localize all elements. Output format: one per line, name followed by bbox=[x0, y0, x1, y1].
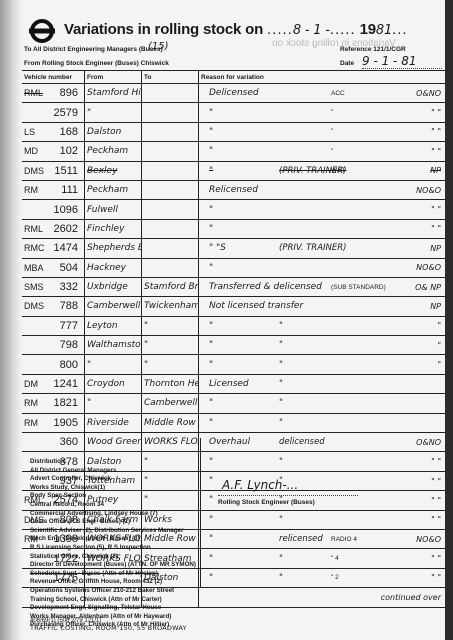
reason-note: " bbox=[331, 148, 393, 155]
reason-note: " 4 bbox=[331, 555, 393, 562]
scan-edge-shadow bbox=[0, 0, 22, 640]
to-garage: Camberwell bbox=[142, 394, 199, 413]
status-code: " " bbox=[393, 573, 443, 582]
reason-text: Delicensed bbox=[201, 88, 279, 98]
table-row: 777Leyton"""" bbox=[22, 316, 445, 335]
table-row: RML2602Finchley"" " bbox=[22, 219, 445, 238]
reason-detail: (PRIV. TRAINER) bbox=[279, 166, 331, 176]
reason-text: " bbox=[201, 127, 279, 137]
reason-text: " bbox=[201, 166, 279, 176]
reason-text: " bbox=[201, 340, 279, 350]
from-line: From Rolling Stock Engineer (Buses) Chis… bbox=[24, 60, 169, 67]
vehicle-type: RML bbox=[24, 224, 50, 234]
to-garage bbox=[142, 103, 199, 122]
from-garage: " bbox=[85, 103, 142, 122]
reason-note: " 2 bbox=[331, 574, 393, 581]
reason-cell: """ 4" " bbox=[199, 549, 446, 568]
reason-cell: Licensed" bbox=[199, 374, 446, 393]
status-code: " " bbox=[393, 147, 443, 156]
vehicle-number-cell: MBA504 bbox=[22, 258, 85, 277]
from-garage: Dalston bbox=[85, 122, 142, 141]
distribution-item: Works Study, Chiswick(1) bbox=[30, 484, 196, 493]
vehicle-number-cell: RML2602 bbox=[22, 219, 85, 238]
fleet-number: 1474 bbox=[50, 242, 78, 254]
table-row: 798Walthamstow"""" bbox=[22, 336, 445, 355]
to-garage bbox=[142, 180, 199, 199]
status-code: NO&O bbox=[393, 186, 443, 195]
reason-text: " bbox=[201, 418, 279, 428]
to-garage: " bbox=[142, 336, 199, 355]
distribution-item: Statistical Office, Chiswick (2) bbox=[30, 553, 196, 562]
reason-cell: """ 2" " bbox=[199, 568, 446, 587]
reason-note: " bbox=[331, 109, 393, 116]
from-garage: " bbox=[85, 394, 142, 413]
from-garage: Stamford Hill bbox=[85, 84, 142, 103]
handwritten-address: TRAFFIC COSTING, ROOM 150, 55 BROADWAY bbox=[30, 625, 187, 632]
vehicle-number-cell: DM1241 bbox=[22, 374, 85, 393]
fleet-number: 102 bbox=[50, 145, 78, 157]
vehicle-type: RML bbox=[24, 88, 50, 98]
table-header-row: Vehicle number From To Reason for variat… bbox=[22, 71, 445, 84]
from-garage: Riverside bbox=[85, 413, 142, 432]
distribution-item: Director of Development (Buses) (ATTN. O… bbox=[30, 561, 196, 570]
fleet-number: 360 bbox=[50, 436, 78, 448]
scan-border bbox=[445, 0, 453, 640]
vehicle-type: MBA bbox=[24, 263, 50, 273]
distribution-item: Development Engr, Signalling, Telstar Ho… bbox=[30, 604, 196, 613]
table-row: 800""""" bbox=[22, 355, 445, 374]
distribution-item: Operations Systems Officer 210-212 Baker… bbox=[30, 587, 196, 596]
to-garage: " bbox=[142, 355, 199, 374]
reason-text: " bbox=[201, 205, 279, 215]
status-code: " " bbox=[393, 496, 443, 505]
table-row: LS168Dalston""" " bbox=[22, 122, 445, 141]
table-row: RM1821"Camberwell"" bbox=[22, 394, 445, 413]
from-garage: Shepherds Bush bbox=[85, 239, 142, 258]
reason-text: " bbox=[201, 573, 279, 583]
reason-text: " bbox=[201, 554, 279, 564]
to-garage bbox=[142, 239, 199, 258]
reason-text: Overhaul bbox=[201, 437, 279, 447]
from-garage: Walthamstow bbox=[85, 336, 142, 355]
reason-text: " "S bbox=[201, 243, 279, 253]
roundel-icon bbox=[29, 18, 55, 44]
from-garage: Croydon bbox=[85, 374, 142, 393]
vehicle-type: RM bbox=[24, 398, 50, 408]
table-row: MD102Peckham""" " bbox=[22, 142, 445, 161]
vehicle-number-cell: SMS332 bbox=[22, 277, 85, 296]
vehicle-number-cell: DMS788 bbox=[22, 297, 85, 316]
reason-cell: """ bbox=[199, 355, 446, 374]
reason-cell: OverhauldelicensedO&NO bbox=[199, 433, 446, 452]
signature-label: Rolling Stock Engineer (Buses) bbox=[218, 499, 315, 506]
reason-text: " bbox=[201, 515, 279, 525]
from-garage: Bexley bbox=[85, 161, 142, 180]
fleet-number: 788 bbox=[50, 300, 78, 312]
reason-cell: "(PRIV. TRAINER)W&TNP bbox=[199, 161, 446, 180]
from-garage: Fulwell bbox=[85, 200, 142, 219]
table-row: DMS1511Bexley"(PRIV. TRAINER)W&TNP bbox=[22, 161, 445, 180]
reason-text: " bbox=[201, 108, 279, 118]
vehicle-type: DM bbox=[24, 379, 50, 389]
status-code: O&NO bbox=[393, 89, 443, 98]
table-row: 360Wood GreenWORKS FLOATOverhauldelicens… bbox=[22, 433, 445, 452]
reason-text: Licensed bbox=[201, 379, 279, 389]
from-garage: Finchley bbox=[85, 219, 142, 238]
status-code: " " bbox=[393, 127, 443, 136]
reason-cell: " "S(PRIV. TRAINER)NP bbox=[199, 239, 446, 258]
reason-note: RADIO 4 bbox=[331, 536, 393, 543]
table-row: RM111PeckhamRelicensedNO&O bbox=[22, 180, 445, 199]
reason-cell: """ " bbox=[199, 452, 446, 471]
to-garage bbox=[142, 84, 199, 103]
date-label: Date bbox=[340, 60, 354, 67]
to-garage: WORKS FLOAT bbox=[142, 433, 199, 452]
fleet-number: 332 bbox=[50, 281, 78, 293]
reason-cell: "" bbox=[199, 394, 446, 413]
table-row: DMS788CamberwellTwickenhamNot licensed t… bbox=[22, 297, 445, 316]
vehicle-number-cell: 777 bbox=[22, 316, 85, 335]
from-garage: Peckham bbox=[85, 142, 142, 161]
vehicle-number-cell: 800 bbox=[22, 355, 85, 374]
table-row: MBA504Hackney"NO&O bbox=[22, 258, 445, 277]
reason-detail: " bbox=[279, 457, 331, 467]
status-code: " bbox=[393, 360, 443, 369]
reason-detail: " bbox=[279, 321, 331, 331]
reason-cell: "NO&O bbox=[199, 258, 446, 277]
reason-detail: delicensed bbox=[279, 437, 331, 447]
reason-detail: relicensed bbox=[279, 534, 331, 544]
to-garage bbox=[142, 219, 199, 238]
vehicle-type: MD bbox=[24, 146, 50, 156]
table-row: DM1241CroydonThornton HeathLicensed" bbox=[22, 374, 445, 393]
distribution-item: Training School, Chiswick (Attn of Mr Ca… bbox=[30, 596, 196, 605]
fleet-number: 798 bbox=[50, 339, 78, 351]
reason-cell: "" " bbox=[199, 219, 446, 238]
reason-note: ACC bbox=[331, 90, 393, 97]
reason-text: " bbox=[201, 398, 279, 408]
fleet-number: 504 bbox=[50, 262, 78, 274]
reason-text: Transferred & delicensed bbox=[201, 282, 279, 292]
vehicle-type: DMS bbox=[24, 301, 50, 311]
vehicle-number-cell: DMS1511 bbox=[22, 161, 85, 180]
distribution-item: R S Licensing Section (5), R S Inspectio… bbox=[30, 544, 196, 553]
reason-detail: " bbox=[279, 573, 331, 583]
distribution-item: Central Record, Room 34 bbox=[30, 501, 196, 510]
reason-cell: DelicensedACCO&NO bbox=[199, 84, 446, 103]
reason-cell: """ " bbox=[199, 142, 446, 161]
vehicle-number-cell: RM111 bbox=[22, 180, 85, 199]
reason-cell: """ bbox=[199, 336, 446, 355]
vehicle-type: RM bbox=[24, 185, 50, 195]
status-code: " bbox=[393, 321, 443, 330]
to-garage: Stamford Brook bbox=[142, 277, 199, 296]
signature: A.F. Lynch-... bbox=[222, 478, 298, 492]
to-garage bbox=[142, 200, 199, 219]
col-reason: Reason for variation bbox=[199, 71, 446, 84]
reason-detail: " bbox=[279, 554, 331, 564]
fleet-number: 1096 bbox=[50, 204, 78, 216]
reason-cell: Not licensed transferNP bbox=[199, 297, 446, 316]
vehicle-number-cell: 2579 bbox=[22, 103, 85, 122]
fleet-number: 1905 bbox=[50, 417, 78, 429]
reason-detail: " bbox=[279, 360, 331, 370]
vehicle-type: RM bbox=[24, 418, 50, 428]
col-to: To bbox=[142, 71, 199, 84]
vehicle-type: SMS bbox=[24, 282, 50, 292]
distribution-item: Scientific Adviser (2), Distribution Ser… bbox=[30, 527, 196, 536]
reason-detail: " bbox=[279, 398, 331, 408]
vehicle-number-cell: LS168 bbox=[22, 122, 85, 141]
distribution-list: Distribution: All District General Manag… bbox=[30, 458, 196, 630]
reason-cell: Transferred & delicensed(SUB STANDARD)O&… bbox=[199, 277, 446, 296]
table-row: 1096Fulwell"" " bbox=[22, 200, 445, 219]
from-garage: Leyton bbox=[85, 316, 142, 335]
reason-text: " bbox=[201, 146, 279, 156]
status-code: NP bbox=[393, 244, 443, 253]
reason-cell: continued over bbox=[199, 588, 446, 607]
col-vehicle-number: Vehicle number bbox=[22, 71, 85, 84]
fleet-number: 168 bbox=[50, 126, 78, 138]
form-title: Variations in rolling stock on .....8 - … bbox=[64, 21, 408, 38]
status-code: NP bbox=[393, 302, 443, 311]
date-value: 9 - 1 - 81 bbox=[362, 54, 442, 69]
distribution-item: Advert Controller, Chiswick bbox=[30, 475, 196, 484]
reason-cell: """ " bbox=[199, 122, 446, 141]
vehicle-number-cell: 1096 bbox=[22, 200, 85, 219]
reason-cell: """ " bbox=[199, 510, 446, 529]
fleet-number: 1511 bbox=[50, 165, 78, 177]
from-garage: Camberwell bbox=[85, 297, 142, 316]
table-row: RML896Stamford HillDelicensedACCO&NO bbox=[22, 84, 445, 103]
fleet-number: 1821 bbox=[50, 397, 78, 409]
to-garage: Middle Row bbox=[142, 413, 199, 432]
form-page: Variations in rolling stock on .....8 - … bbox=[22, 0, 445, 640]
vehicle-number-cell: 798 bbox=[22, 336, 85, 355]
reason-detail: " bbox=[279, 379, 331, 389]
status-code: " " bbox=[393, 554, 443, 563]
distribution-item: Mech Engr (Development - Buses) (3) bbox=[30, 535, 196, 544]
status-code: O& NP bbox=[393, 283, 443, 292]
table-row: 2579"""" " bbox=[22, 103, 445, 122]
from-garage: " bbox=[85, 355, 142, 374]
reason-note: (SUB STANDARD) bbox=[331, 284, 393, 291]
reason-note: W&T bbox=[331, 167, 393, 174]
reason-cell: "relicensedRADIO 4NO&O bbox=[199, 529, 446, 548]
fleet-number: 2602 bbox=[50, 223, 78, 235]
to-garage: Thornton Heath bbox=[142, 374, 199, 393]
fleet-number: 777 bbox=[50, 320, 78, 332]
distribution-heading: Distribution: bbox=[30, 458, 196, 467]
status-code: " " bbox=[393, 108, 443, 117]
reference-number: Reference 121/1/CGR bbox=[340, 46, 406, 53]
distribution-item: Schedules Supt - Buses (Attn of Mr Hyslo… bbox=[30, 570, 196, 579]
to-garage bbox=[142, 122, 199, 141]
copy-number: (15) bbox=[148, 41, 169, 52]
to-garage bbox=[142, 142, 199, 161]
signature-line bbox=[218, 495, 358, 496]
reason-cell: RelicensedNO&O bbox=[199, 180, 446, 199]
table-row: RM1905RiversideMiddle Row"" bbox=[22, 413, 445, 432]
reason-text: " bbox=[201, 457, 279, 467]
vehicle-number-cell: RML896 bbox=[22, 84, 85, 103]
vehicle-type: LS bbox=[24, 127, 50, 137]
from-garage: Peckham bbox=[85, 180, 142, 199]
reason-text: " bbox=[201, 534, 279, 544]
variation-date: 8 - 1 - bbox=[293, 23, 330, 38]
from-garage: Uxbridge bbox=[85, 277, 142, 296]
distribution-item: Costs Office (R S Engr- Buses) (2) bbox=[30, 518, 196, 527]
distribution-item: Body Spec Section bbox=[30, 492, 196, 501]
vehicle-number-cell: RM1905 bbox=[22, 413, 85, 432]
vehicle-number-cell: RM1821 bbox=[22, 394, 85, 413]
form-footer: 408/69(1) (500 2/79 121/1) TRAFFIC COSTI… bbox=[30, 618, 187, 632]
to-garage: " bbox=[142, 316, 199, 335]
status-code: NO&O bbox=[393, 535, 443, 544]
reason-text: " bbox=[201, 321, 279, 331]
table-row: SMS332UxbridgeStamford BrookTransferred … bbox=[22, 277, 445, 296]
status-code: " " bbox=[393, 477, 443, 486]
status-code: NP bbox=[393, 166, 443, 175]
fleet-number: 1241 bbox=[50, 378, 78, 390]
status-code: " " bbox=[393, 515, 443, 524]
reason-detail: " bbox=[279, 515, 331, 525]
reason-cell: """ bbox=[199, 316, 446, 335]
status-code: continued over bbox=[381, 593, 443, 602]
vehicle-type: DMS bbox=[24, 166, 50, 176]
vehicle-type: RMC bbox=[24, 243, 50, 253]
distribution-item: All District General Managers bbox=[30, 467, 196, 476]
table-row: RMC1474Shepherds Bush" "S(PRIV. TRAINER)… bbox=[22, 239, 445, 258]
reason-detail: " bbox=[279, 418, 331, 428]
reason-cell: """ " bbox=[199, 103, 446, 122]
vehicle-number-cell: MD102 bbox=[22, 142, 85, 161]
reason-cell: "" bbox=[199, 413, 446, 432]
reason-text: " bbox=[201, 224, 279, 234]
col-from: From bbox=[85, 71, 142, 84]
status-code: " " bbox=[393, 205, 443, 214]
reason-text: " bbox=[201, 360, 279, 370]
reason-text: Relicensed bbox=[201, 185, 279, 195]
from-garage: Hackney bbox=[85, 258, 142, 277]
reason-detail: " bbox=[279, 340, 331, 350]
status-code: O&NO bbox=[393, 438, 443, 447]
reason-detail: (PRIV. TRAINER) bbox=[279, 243, 331, 253]
reason-cell: "" " bbox=[199, 200, 446, 219]
to-garage: Twickenham bbox=[142, 297, 199, 316]
reason-text: " bbox=[201, 263, 279, 273]
reason-text: Not licensed transfer bbox=[201, 301, 279, 311]
vehicle-number-cell: RMC1474 bbox=[22, 239, 85, 258]
distribution-divider bbox=[200, 438, 201, 588]
to-garage bbox=[142, 161, 199, 180]
fleet-number: 111 bbox=[50, 184, 78, 196]
reason-note: " bbox=[331, 128, 393, 135]
distribution-item: Commercial Advertising, Lindsey House (7… bbox=[30, 510, 196, 519]
distribution-item: Revenue Office, Griffith House, Room 432… bbox=[30, 578, 196, 587]
vehicle-number-cell: 360 bbox=[22, 433, 85, 452]
status-code: NO&O bbox=[393, 263, 443, 272]
fleet-number: 2579 bbox=[50, 107, 78, 119]
status-code: " bbox=[393, 341, 443, 350]
fleet-number: 800 bbox=[50, 359, 78, 371]
to-garage bbox=[142, 258, 199, 277]
status-code: " " bbox=[393, 224, 443, 233]
to-line: To All District Engineering Managers (Bu… bbox=[24, 46, 163, 53]
status-code: " " bbox=[393, 457, 443, 466]
from-garage: Wood Green bbox=[85, 433, 142, 452]
fleet-number: 896 bbox=[50, 87, 78, 99]
